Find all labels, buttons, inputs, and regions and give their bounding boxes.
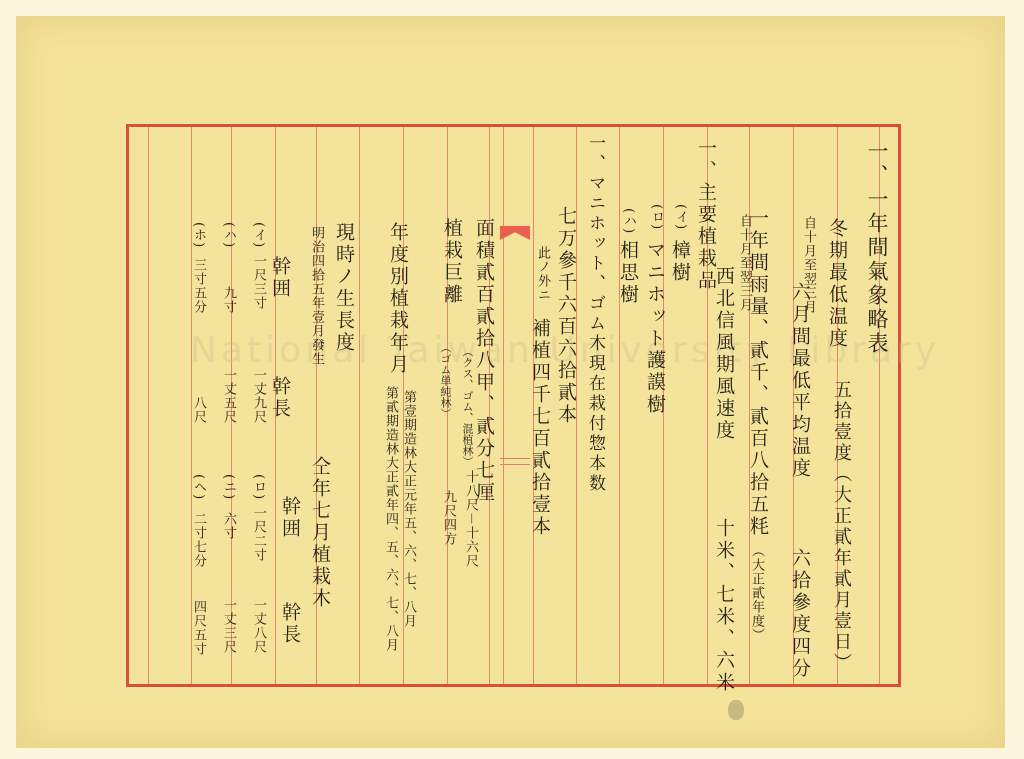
text-column: 仝年七月植栽木	[310, 456, 329, 610]
table-cell-girth: 九寸	[222, 286, 235, 314]
table-cell-girth: 一尺二寸	[252, 506, 265, 562]
text-column: 西北信風期風速度	[714, 266, 733, 442]
text-column: 七万參千六百六拾貳本	[556, 206, 575, 426]
column-rule	[148, 127, 149, 684]
table-row-label: (ヘ)	[192, 474, 205, 500]
text-column: 九尺四方	[442, 490, 455, 546]
text-column: 十八尺－十六尺	[464, 470, 477, 568]
table-cell-girth: 六寸	[222, 512, 235, 540]
text-column: （大正貳年度）	[750, 544, 763, 642]
table-header-length: 幹長	[270, 376, 289, 420]
text-column: 補植四千七百貳拾壹本	[530, 318, 549, 538]
text-column: 第貳期造林大正貳年四、五、六、七、八月	[384, 386, 397, 652]
item-marker: (ロ)	[650, 204, 663, 230]
fold-line	[500, 458, 530, 459]
text-column: 植栽巨離	[442, 218, 461, 306]
fold-line	[500, 464, 530, 465]
item-marker: (イ)	[674, 204, 687, 230]
text-column: 六拾參度四分	[790, 548, 809, 680]
text-column: 一、マニホット、ゴム木現在栽付惣本数	[586, 134, 603, 494]
table-cell-length: 一丈九尺	[252, 368, 265, 424]
text-column: （ゴム単純林）	[440, 342, 451, 419]
text-column: 面積貳百貳拾八甲、貳分七厘	[474, 218, 493, 504]
text-column: 六月間最低平均温度	[790, 282, 809, 480]
text-column: 冬期最低温度	[827, 218, 846, 350]
table-header-length: 幹長	[280, 602, 299, 646]
text-column: 明治四拾五年壹月發生	[310, 226, 323, 366]
text-column: （クス、ゴム、混植林）	[462, 346, 473, 467]
table-row-label: (ハ)	[222, 222, 235, 248]
table-cell-length: 八尺	[192, 396, 205, 424]
table-cell-girth: 三寸五分	[192, 258, 205, 314]
table-cell-length: 一丈八尺	[252, 598, 265, 654]
column-rule	[619, 127, 620, 684]
table-header-girth: 幹囲	[280, 496, 299, 540]
table-cell-length: 四尺五寸	[192, 600, 205, 656]
table-cell-length: 一丈五尺	[222, 368, 235, 424]
ink-smudge	[728, 700, 744, 720]
section-heading: 一、主要植栽品	[696, 138, 715, 292]
table-row-label: (ロ)	[252, 474, 265, 500]
text-column: 樟樹	[670, 240, 689, 284]
table-row-label: (ホ)	[192, 222, 205, 248]
table-cell-length: 一丈三尺	[222, 598, 235, 654]
table-header-girth: 幹囲	[270, 256, 289, 300]
text-column: マニホット護謨樹	[645, 240, 664, 416]
section-heading: 年度別植栽年月	[388, 222, 407, 376]
table-row-label: (ニ)	[222, 474, 235, 500]
text-column: 五拾壹度（大正貳年貳月壹日）	[832, 380, 850, 674]
text-column: 此ノ外ニ	[536, 246, 549, 302]
table-cell-girth: 二寸七分	[192, 512, 205, 568]
ruled-frame	[126, 124, 901, 687]
text-column: 十米、七米、六米	[714, 518, 733, 694]
column-rule	[359, 127, 360, 684]
table-row-label: (イ)	[252, 222, 265, 248]
item-marker: (ハ)	[622, 208, 635, 234]
table-cell-girth: 一尺三寸	[252, 254, 265, 310]
text-column: 第壹期造林大正元年五、六、七、八月	[402, 390, 415, 628]
section-heading: 現時ノ生長度	[334, 222, 353, 354]
text-column: 自十月至翌三月	[738, 214, 751, 312]
column-rule	[503, 127, 504, 684]
text-column: 相思樹	[618, 240, 637, 306]
section-title: 一、一年間氣象略表	[866, 140, 887, 356]
